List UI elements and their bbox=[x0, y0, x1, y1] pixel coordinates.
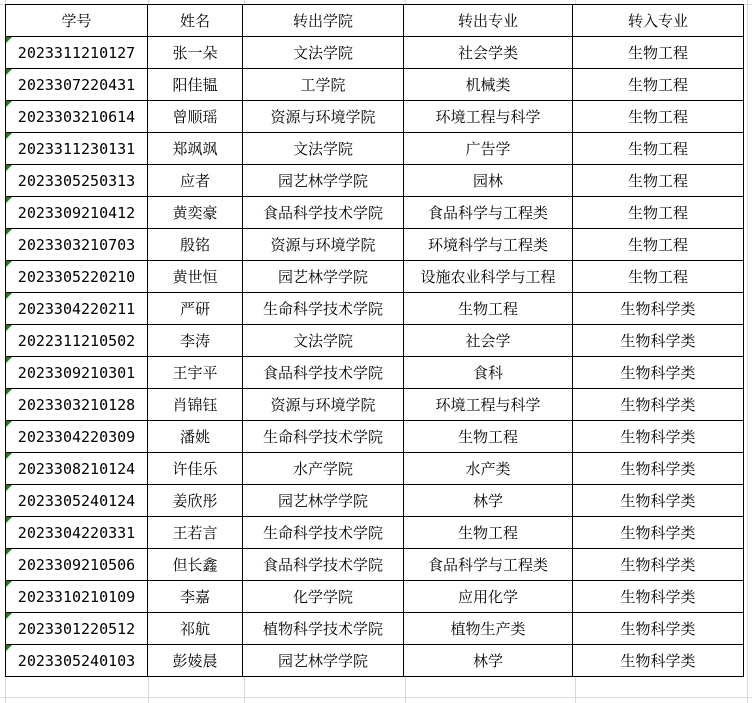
to-major-cell[interactable]: 生物工程 bbox=[573, 133, 744, 165]
from-college-cell-text: 生命科学技术学院 bbox=[263, 524, 383, 542]
from-major-cell-text: 水产类 bbox=[465, 460, 510, 478]
student-id-cell[interactable]: 2023309210506 bbox=[6, 549, 148, 581]
from-major-cell[interactable]: 广告学 bbox=[404, 133, 573, 165]
from-college-cell-text: 资源与环境学院 bbox=[270, 236, 375, 254]
to-major-cell-text: 生物科学类 bbox=[620, 652, 695, 670]
table-row: 2023309210412黄奕豪食品科学技术学院食品科学与工程类生物工程 bbox=[6, 197, 744, 229]
student-id-cell-text: 2023305220210 bbox=[18, 268, 135, 286]
table-row: 2023309210506但长鑫食品科学技术学院食品科学与工程类生物科学类 bbox=[6, 549, 744, 581]
from-college-cell-text: 生命科学技术学院 bbox=[263, 428, 383, 446]
student-id-cell[interactable]: 2023303210128 bbox=[6, 389, 148, 421]
from-college-cell-text: 园艺林学学院 bbox=[278, 492, 368, 510]
name-cell[interactable]: 但长鑫 bbox=[148, 549, 243, 581]
from-college-cell[interactable]: 资源与环境学院 bbox=[243, 229, 404, 261]
from-college-cell[interactable]: 化学学院 bbox=[243, 581, 404, 613]
from-major-cell-text: 生物工程 bbox=[458, 524, 518, 542]
name-cell[interactable]: 黄奕豪 bbox=[148, 197, 243, 229]
number-stored-as-text-indicator-icon[interactable] bbox=[6, 485, 12, 491]
to-major-cell[interactable]: 生物科学类 bbox=[573, 453, 744, 485]
from-major-cell[interactable]: 食科 bbox=[404, 357, 573, 389]
from-college-cell-text: 文法学院 bbox=[293, 332, 353, 350]
number-stored-as-text-indicator-icon[interactable] bbox=[6, 293, 12, 299]
name-cell-text: 应者 bbox=[180, 172, 210, 190]
student-id-cell-text: 2022311210502 bbox=[18, 332, 135, 350]
number-stored-as-text-indicator-icon[interactable] bbox=[6, 549, 12, 555]
table-row: 2022311210502李涛文法学院社会学生物科学类 bbox=[6, 325, 744, 357]
from-college-cell-text: 园艺林学学院 bbox=[278, 652, 368, 670]
number-stored-as-text-indicator-icon[interactable] bbox=[6, 37, 12, 43]
to-major-cell[interactable]: 生物工程 bbox=[573, 101, 744, 133]
name-cell-text: 殷铭 bbox=[180, 236, 210, 254]
from-major-cell-text: 应用化学 bbox=[458, 588, 518, 606]
to-major-cell[interactable]: 生物科学类 bbox=[573, 293, 744, 325]
name-cell-text: 张一朵 bbox=[172, 44, 217, 62]
name-cell[interactable]: 严研 bbox=[148, 293, 243, 325]
from-major-cell[interactable]: 林学 bbox=[404, 485, 573, 517]
table-row: 2023311230131郑飒飒文法学院广告学生物工程 bbox=[6, 133, 744, 165]
number-stored-as-text-indicator-icon[interactable] bbox=[6, 325, 12, 331]
from-major-cell[interactable]: 机械类 bbox=[404, 69, 573, 101]
table-body: 2023311210127张一朵文法学院社会学类生物工程202330722043… bbox=[6, 37, 744, 677]
to-major-cell[interactable]: 生物工程 bbox=[573, 261, 744, 293]
to-major-cell-text: 生物工程 bbox=[628, 140, 688, 158]
to-major-cell[interactable]: 生物科学类 bbox=[573, 389, 744, 421]
table-row: 2023305220210黄世恒园艺林学学院设施农业科学与工程生物工程 bbox=[6, 261, 744, 293]
from-major-cell[interactable]: 生物工程 bbox=[404, 293, 573, 325]
student-id-cell-text: 2023311230131 bbox=[18, 140, 135, 158]
to-major-cell-text: 生物工程 bbox=[628, 76, 688, 94]
name-cell-text: 许佳乐 bbox=[172, 460, 217, 478]
student-id-cell-text: 2023304220331 bbox=[18, 524, 135, 542]
from-major-cell-text: 社会学 bbox=[465, 332, 510, 350]
number-stored-as-text-indicator-icon[interactable] bbox=[6, 197, 12, 203]
header-to-major[interactable]: 转入专业 bbox=[573, 5, 744, 37]
student-id-cell[interactable]: 2023309210412 bbox=[6, 197, 148, 229]
to-major-cell-text: 生物科学类 bbox=[620, 332, 695, 350]
from-major-cell[interactable]: 社会学 bbox=[404, 325, 573, 357]
from-major-cell-text: 食品科学与工程类 bbox=[428, 556, 548, 574]
student-id-cell[interactable]: 2023309210301 bbox=[6, 357, 148, 389]
student-id-cell[interactable]: 2023305240103 bbox=[6, 645, 148, 677]
from-major-cell-text: 林学 bbox=[473, 652, 503, 670]
to-major-cell[interactable]: 生物科学类 bbox=[573, 325, 744, 357]
to-major-cell-text: 生物工程 bbox=[628, 204, 688, 222]
from-major-cell-text: 食品科学与工程类 bbox=[428, 204, 548, 222]
from-college-cell[interactable]: 生命科学技术学院 bbox=[243, 293, 404, 325]
to-major-cell[interactable]: 生物科学类 bbox=[573, 581, 744, 613]
header-from-major[interactable]: 转出专业 bbox=[404, 5, 573, 37]
name-cell[interactable]: 应者 bbox=[148, 165, 243, 197]
from-major-cell[interactable]: 生物工程 bbox=[404, 421, 573, 453]
name-cell-text: 李涛 bbox=[180, 332, 210, 350]
student-id-cell-text: 2023307220431 bbox=[18, 76, 135, 94]
number-stored-as-text-indicator-icon[interactable] bbox=[6, 133, 12, 139]
student-id-cell-text: 2023311210127 bbox=[18, 44, 135, 62]
student-id-cell-text: 2023305240124 bbox=[18, 492, 135, 510]
student-id-cell[interactable]: 2023304220309 bbox=[6, 421, 148, 453]
student-id-cell-text: 2023303210703 bbox=[18, 236, 135, 254]
from-major-cell[interactable]: 环境工程与科学 bbox=[404, 101, 573, 133]
from-college-cell[interactable]: 资源与环境学院 bbox=[243, 389, 404, 421]
from-major-cell-text: 社会学类 bbox=[458, 44, 518, 62]
from-major-cell[interactable]: 应用化学 bbox=[404, 581, 573, 613]
student-id-cell[interactable]: 2023301220512 bbox=[6, 613, 148, 645]
name-cell-text: 但长鑫 bbox=[172, 556, 217, 574]
from-major-cell-text: 植物生产类 bbox=[450, 620, 525, 638]
name-cell[interactable]: 黄世恒 bbox=[148, 261, 243, 293]
number-stored-as-text-indicator-icon[interactable] bbox=[6, 261, 12, 267]
from-college-cell-text: 化学学院 bbox=[293, 588, 353, 606]
from-college-cell-text: 食品科学技术学院 bbox=[263, 556, 383, 574]
student-id-cell[interactable]: 2023308210124 bbox=[6, 453, 148, 485]
from-college-cell-text: 文法学院 bbox=[293, 44, 353, 62]
from-college-cell[interactable]: 资源与环境学院 bbox=[243, 101, 404, 133]
from-college-cell-text: 工学院 bbox=[300, 76, 345, 94]
from-college-cell[interactable]: 园艺林学学院 bbox=[243, 261, 404, 293]
header-name[interactable]: 姓名 bbox=[148, 5, 243, 37]
student-id-cell[interactable]: 2023305250313 bbox=[6, 165, 148, 197]
to-major-cell-text: 生物科学类 bbox=[620, 364, 695, 382]
name-cell-text: 黄世恒 bbox=[172, 268, 217, 286]
name-cell-text: 严研 bbox=[180, 300, 210, 318]
student-id-cell[interactable]: 2023305240124 bbox=[6, 485, 148, 517]
student-id-cell-text: 2023309210412 bbox=[18, 204, 135, 222]
number-stored-as-text-indicator-icon[interactable] bbox=[6, 613, 12, 619]
student-id-cell[interactable]: 2023310210109 bbox=[6, 581, 148, 613]
table-row: 2023311210127张一朵文法学院社会学类生物工程 bbox=[6, 37, 744, 69]
from-major-cell[interactable]: 设施农业科学与工程 bbox=[404, 261, 573, 293]
from-college-cell[interactable]: 食品科学技术学院 bbox=[243, 357, 404, 389]
student-id-cell-text: 2023303210614 bbox=[18, 108, 135, 126]
table-row: 2023303210128肖锦钰资源与环境学院环境工程与科学生物科学类 bbox=[6, 389, 744, 421]
from-college-cell-text: 资源与环境学院 bbox=[270, 396, 375, 414]
header-student-id[interactable]: 学号 bbox=[6, 5, 148, 37]
gridline bbox=[0, 697, 752, 698]
to-major-cell[interactable]: 生物工程 bbox=[573, 37, 744, 69]
from-major-cell[interactable]: 生物工程 bbox=[404, 517, 573, 549]
number-stored-as-text-indicator-icon[interactable] bbox=[6, 69, 12, 75]
from-major-cell-text: 设施农业科学与工程 bbox=[420, 268, 555, 286]
transfer-students-table: 学号 姓名 转出学院 转出专业 转入专业 2023311210127张一朵文法学… bbox=[5, 4, 744, 677]
from-major-cell-text: 食科 bbox=[473, 364, 503, 382]
name-cell[interactable]: 李嘉 bbox=[148, 581, 243, 613]
name-cell-text: 王若言 bbox=[172, 524, 217, 542]
table-row: 2023309210301王宇平食品科学技术学院食科生物科学类 bbox=[6, 357, 744, 389]
from-major-cell-text: 园林 bbox=[473, 172, 503, 190]
student-id-cell-text: 2023310210109 bbox=[18, 588, 135, 606]
name-cell-text: 李嘉 bbox=[180, 588, 210, 606]
from-college-cell-text: 资源与环境学院 bbox=[270, 108, 375, 126]
from-college-cell[interactable]: 文法学院 bbox=[243, 133, 404, 165]
from-college-cell[interactable]: 文法学院 bbox=[243, 325, 404, 357]
name-cell-text: 黄奕豪 bbox=[172, 204, 217, 222]
from-major-cell-text: 林学 bbox=[473, 492, 503, 510]
gridline bbox=[747, 0, 748, 703]
from-college-cell-text: 文法学院 bbox=[293, 140, 353, 158]
table-row: 2023304220309潘姚生命科学技术学院生物工程生物科学类 bbox=[6, 421, 744, 453]
from-major-cell-text: 环境工程与科学 bbox=[435, 108, 540, 126]
student-id-cell-text: 2023308210124 bbox=[18, 460, 135, 478]
from-major-cell[interactable]: 水产类 bbox=[404, 453, 573, 485]
name-cell[interactable]: 姜欣彤 bbox=[148, 485, 243, 517]
to-major-cell-text: 生物科学类 bbox=[620, 492, 695, 510]
from-college-cell[interactable]: 园艺林学学院 bbox=[243, 645, 404, 677]
number-stored-as-text-indicator-icon[interactable] bbox=[6, 101, 12, 107]
to-major-cell-text: 生物工程 bbox=[628, 268, 688, 286]
to-major-cell[interactable]: 生物工程 bbox=[573, 165, 744, 197]
table-row: 2023308210124许佳乐水产学院水产类生物科学类 bbox=[6, 453, 744, 485]
from-major-cell-text: 机械类 bbox=[465, 76, 510, 94]
number-stored-as-text-indicator-icon[interactable] bbox=[6, 165, 12, 171]
to-major-cell-text: 生物科学类 bbox=[620, 524, 695, 542]
to-major-cell[interactable]: 生物科学类 bbox=[573, 517, 744, 549]
table-row: 2023310210109李嘉化学学院应用化学生物科学类 bbox=[6, 581, 744, 613]
student-id-cell-text: 2023305250313 bbox=[18, 172, 135, 190]
from-major-cell[interactable]: 林学 bbox=[404, 645, 573, 677]
from-college-cell[interactable]: 食品科学技术学院 bbox=[243, 549, 404, 581]
number-stored-as-text-indicator-icon[interactable] bbox=[6, 645, 12, 651]
student-id-cell[interactable]: 2023307220431 bbox=[6, 69, 148, 101]
to-major-cell-text: 生物工程 bbox=[628, 108, 688, 126]
to-major-cell-text: 生物工程 bbox=[628, 236, 688, 254]
table-row: 2023307220431阳佳韫工学院机械类生物工程 bbox=[6, 69, 744, 101]
to-major-cell-text: 生物工程 bbox=[628, 44, 688, 62]
name-cell-text: 祁航 bbox=[180, 620, 210, 638]
name-cell-text: 肖锦钰 bbox=[172, 396, 217, 414]
from-college-cell[interactable]: 食品科学技术学院 bbox=[243, 197, 404, 229]
name-cell[interactable]: 郑飒飒 bbox=[148, 133, 243, 165]
student-id-cell[interactable]: 2023311210127 bbox=[6, 37, 148, 69]
name-cell-text: 彭婈晨 bbox=[172, 652, 217, 670]
number-stored-as-text-indicator-icon[interactable] bbox=[6, 421, 12, 427]
from-major-cell-text: 广告学 bbox=[465, 140, 510, 158]
name-cell[interactable]: 潘姚 bbox=[148, 421, 243, 453]
student-id-cell[interactable]: 2023304220331 bbox=[6, 517, 148, 549]
from-college-cell[interactable]: 生命科学技术学院 bbox=[243, 421, 404, 453]
from-college-cell[interactable]: 生命科学技术学院 bbox=[243, 517, 404, 549]
number-stored-as-text-indicator-icon[interactable] bbox=[6, 517, 12, 523]
table-row: 2023303210703殷铭资源与环境学院环境科学与工程类生物工程 bbox=[6, 229, 744, 261]
from-college-cell[interactable]: 园艺林学学院 bbox=[243, 165, 404, 197]
number-stored-as-text-indicator-icon[interactable] bbox=[6, 581, 12, 587]
name-cell-text: 王宇平 bbox=[172, 364, 217, 382]
to-major-cell-text: 生物科学类 bbox=[620, 428, 695, 446]
name-cell[interactable]: 祁航 bbox=[148, 613, 243, 645]
to-major-cell[interactable]: 生物工程 bbox=[573, 197, 744, 229]
to-major-cell-text: 生物科学类 bbox=[620, 556, 695, 574]
name-cell-text: 阳佳韫 bbox=[172, 76, 217, 94]
from-college-cell[interactable]: 文法学院 bbox=[243, 37, 404, 69]
to-major-cell-text: 生物科学类 bbox=[620, 300, 695, 318]
table-row: 2023305240124姜欣彤园艺林学学院林学生物科学类 bbox=[6, 485, 744, 517]
number-stored-as-text-indicator-icon[interactable] bbox=[6, 357, 12, 363]
from-college-cell-text: 生命科学技术学院 bbox=[263, 300, 383, 318]
name-cell[interactable]: 王若言 bbox=[148, 517, 243, 549]
name-cell[interactable]: 王宇平 bbox=[148, 357, 243, 389]
name-cell[interactable]: 张一朵 bbox=[148, 37, 243, 69]
to-major-cell-text: 生物科学类 bbox=[620, 588, 695, 606]
table-row: 2023305240103彭婈晨园艺林学学院林学生物科学类 bbox=[6, 645, 744, 677]
to-major-cell-text: 生物科学类 bbox=[620, 396, 695, 414]
from-college-cell[interactable]: 园艺林学学院 bbox=[243, 485, 404, 517]
table-row: 2023304220211严研生命科学技术学院生物工程生物科学类 bbox=[6, 293, 744, 325]
to-major-cell[interactable]: 生物科学类 bbox=[573, 485, 744, 517]
from-major-cell[interactable]: 食品科学与工程类 bbox=[404, 197, 573, 229]
to-major-cell[interactable]: 生物科学类 bbox=[573, 357, 744, 389]
from-major-cell-text: 生物工程 bbox=[458, 300, 518, 318]
to-major-cell-text: 生物科学类 bbox=[620, 460, 695, 478]
number-stored-as-text-indicator-icon[interactable] bbox=[6, 389, 12, 395]
student-id-cell[interactable]: 2022311210502 bbox=[6, 325, 148, 357]
student-id-cell-text: 2023309210506 bbox=[18, 556, 135, 574]
name-cell[interactable]: 曾顺瑶 bbox=[148, 101, 243, 133]
name-cell[interactable]: 阳佳韫 bbox=[148, 69, 243, 101]
name-cell-text: 潘姚 bbox=[180, 428, 210, 446]
to-major-cell[interactable]: 生物科学类 bbox=[573, 549, 744, 581]
name-cell[interactable]: 彭婈晨 bbox=[148, 645, 243, 677]
from-major-cell[interactable]: 园林 bbox=[404, 165, 573, 197]
student-id-cell-text: 2023309210301 bbox=[18, 364, 135, 382]
name-cell[interactable]: 李涛 bbox=[148, 325, 243, 357]
from-major-cell[interactable]: 食品科学与工程类 bbox=[404, 549, 573, 581]
from-college-cell[interactable]: 水产学院 bbox=[243, 453, 404, 485]
student-id-cell-text: 2023304220309 bbox=[18, 428, 135, 446]
from-college-cell[interactable]: 工学院 bbox=[243, 69, 404, 101]
to-major-cell[interactable]: 生物科学类 bbox=[573, 421, 744, 453]
table-row: 2023303210614曾顺瑶资源与环境学院环境工程与科学生物工程 bbox=[6, 101, 744, 133]
from-major-cell-text: 环境工程与科学 bbox=[435, 396, 540, 414]
from-major-cell[interactable]: 社会学类 bbox=[404, 37, 573, 69]
from-major-cell-text: 生物工程 bbox=[458, 428, 518, 446]
student-id-cell[interactable]: 2023305220210 bbox=[6, 261, 148, 293]
to-major-cell[interactable]: 生物科学类 bbox=[573, 645, 744, 677]
student-id-cell-text: 2023301220512 bbox=[18, 620, 135, 638]
from-college-cell[interactable]: 植物科学技术学院 bbox=[243, 613, 404, 645]
student-id-cell-text: 2023303210128 bbox=[18, 396, 135, 414]
from-major-cell[interactable]: 环境科学与工程类 bbox=[404, 229, 573, 261]
table-row: 2023301220512祁航植物科学技术学院植物生产类生物科学类 bbox=[6, 613, 744, 645]
number-stored-as-text-indicator-icon[interactable] bbox=[6, 453, 12, 459]
to-major-cell-text: 生物工程 bbox=[628, 172, 688, 190]
to-major-cell-text: 生物科学类 bbox=[620, 620, 695, 638]
name-cell[interactable]: 殷铭 bbox=[148, 229, 243, 261]
header-row: 学号 姓名 转出学院 转出专业 转入专业 bbox=[6, 5, 744, 37]
name-cell-text: 曾顺瑶 bbox=[172, 108, 217, 126]
to-major-cell[interactable]: 生物科学类 bbox=[573, 613, 744, 645]
from-college-cell-text: 水产学院 bbox=[293, 460, 353, 478]
from-college-cell-text: 食品科学技术学院 bbox=[263, 364, 383, 382]
from-college-cell-text: 园艺林学学院 bbox=[278, 268, 368, 286]
student-id-cell-text: 2023304220211 bbox=[18, 300, 135, 318]
from-college-cell-text: 植物科学技术学院 bbox=[263, 620, 383, 638]
name-cell[interactable]: 肖锦钰 bbox=[148, 389, 243, 421]
from-college-cell-text: 食品科学技术学院 bbox=[263, 204, 383, 222]
from-major-cell[interactable]: 环境工程与科学 bbox=[404, 389, 573, 421]
from-major-cell[interactable]: 植物生产类 bbox=[404, 613, 573, 645]
name-cell-text: 郑飒飒 bbox=[172, 140, 217, 158]
name-cell[interactable]: 许佳乐 bbox=[148, 453, 243, 485]
student-id-cell[interactable]: 2023304220211 bbox=[6, 293, 148, 325]
name-cell-text: 姜欣彤 bbox=[172, 492, 217, 510]
student-id-cell[interactable]: 2023303210703 bbox=[6, 229, 148, 261]
student-id-cell[interactable]: 2023311230131 bbox=[6, 133, 148, 165]
to-major-cell[interactable]: 生物工程 bbox=[573, 69, 744, 101]
student-id-cell[interactable]: 2023303210614 bbox=[6, 101, 148, 133]
to-major-cell[interactable]: 生物工程 bbox=[573, 229, 744, 261]
table-row: 2023305250313应者园艺林学学院园林生物工程 bbox=[6, 165, 744, 197]
number-stored-as-text-indicator-icon[interactable] bbox=[6, 229, 12, 235]
header-from-college[interactable]: 转出学院 bbox=[243, 5, 404, 37]
table-row: 2023304220331王若言生命科学技术学院生物工程生物科学类 bbox=[6, 517, 744, 549]
from-college-cell-text: 园艺林学学院 bbox=[278, 172, 368, 190]
student-id-cell-text: 2023305240103 bbox=[18, 652, 135, 670]
from-major-cell-text: 环境科学与工程类 bbox=[428, 236, 548, 254]
